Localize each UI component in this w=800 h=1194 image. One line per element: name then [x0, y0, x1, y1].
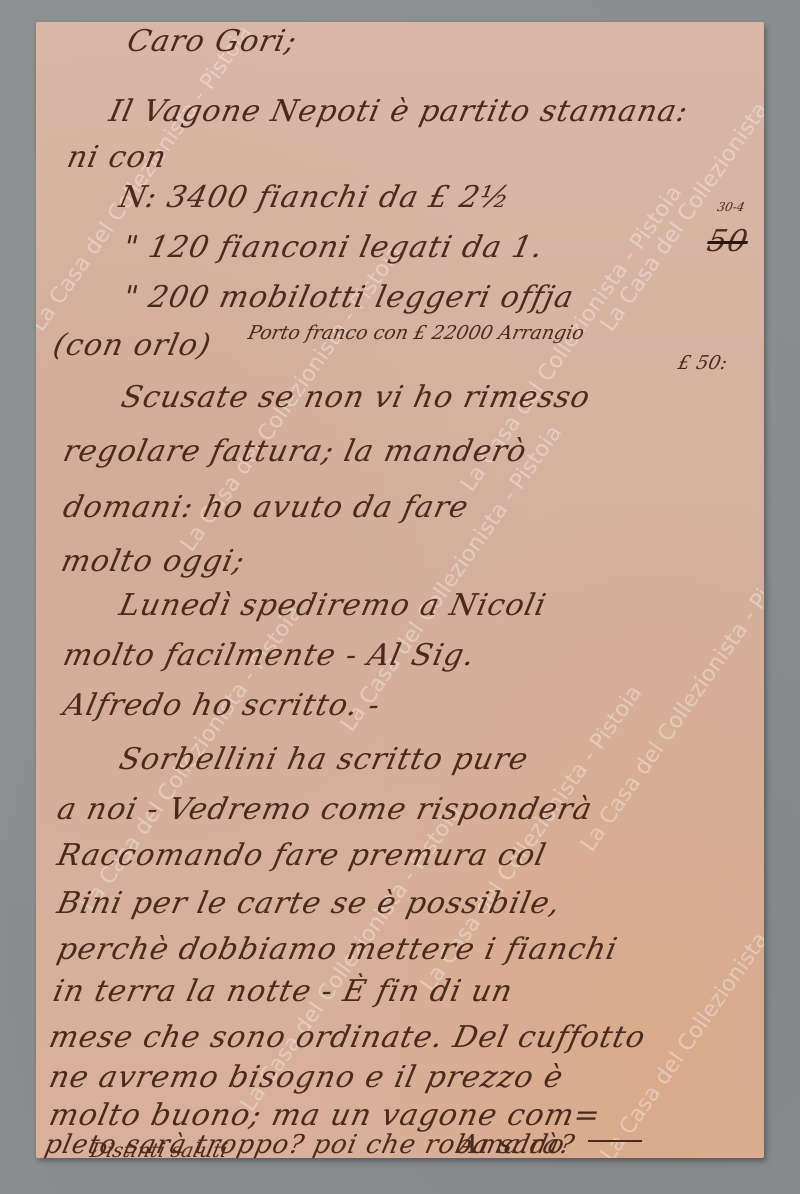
letter-line: (con orlo) — [50, 328, 215, 363]
letter-line: Lunedì spediremo a Nicoli — [116, 588, 550, 623]
salutation: Caro Gori; — [124, 24, 300, 59]
porto-franco-note: Porto franco con £ 22000 Arrangio — [246, 322, 586, 344]
price-superscript: 30-4 — [716, 200, 746, 214]
letter-line: mese che sono ordinate. Del cuffotto — [46, 1020, 649, 1055]
letter-line: a noi - Vedremo come risponderà — [54, 792, 596, 827]
letter-line: Raccomando fare premura col — [54, 838, 550, 873]
letter-line: " 200 mobilotti leggeri offja — [120, 280, 577, 315]
signature: Amaldo — [456, 1130, 568, 1158]
letter-line: ne avremo bisogno e il prezzo è — [46, 1060, 567, 1095]
watermark: La Casa del Collezionista - Pistoia — [596, 851, 764, 1158]
letter-line: " 120 fianconi legati da 1. — [120, 230, 547, 265]
letter-line: perchè dobbiamo mettere i fianchi — [54, 932, 621, 967]
letter-line: molto buono; ma un vagone com= — [46, 1098, 604, 1133]
watermark: La Casa del Collezionista - Pistoia — [596, 22, 764, 336]
letter-line: molto facilmente - Al Sig. — [60, 638, 478, 673]
letter-line: Alfredo ho scritto. - — [60, 688, 384, 723]
letter-line: molto oggi; — [58, 544, 248, 579]
letter-line: Il Vagone Nepoti è partito stamana: — [106, 94, 692, 129]
struck-price: 50 — [704, 224, 752, 259]
letter-line: Bini per le carte se è possibile, — [54, 886, 564, 921]
price-note: £ 50: — [676, 352, 729, 374]
closing-greeting: Distinti saluti — [88, 1138, 230, 1158]
letter-line: Sorbellini ha scritto pure — [116, 742, 532, 777]
letter-line: in terra la notte - È fin di un — [50, 974, 516, 1009]
letter-line: regolare fattura; la manderò — [60, 434, 530, 469]
letter-line: Scusate se non vi ho rimesso — [118, 380, 594, 415]
postcard: La Casa del Collezionista - Pistoia La C… — [36, 22, 764, 1158]
watermark: La Casa del Collezionista - Pistoia — [576, 541, 764, 856]
signature-flourish — [588, 1140, 642, 1142]
letter-line: N: 3400 fianchi da £ 2½ — [116, 180, 514, 215]
letter-line: domani: ho avuto da fare — [60, 490, 472, 525]
letter-line: ni con — [64, 140, 170, 175]
